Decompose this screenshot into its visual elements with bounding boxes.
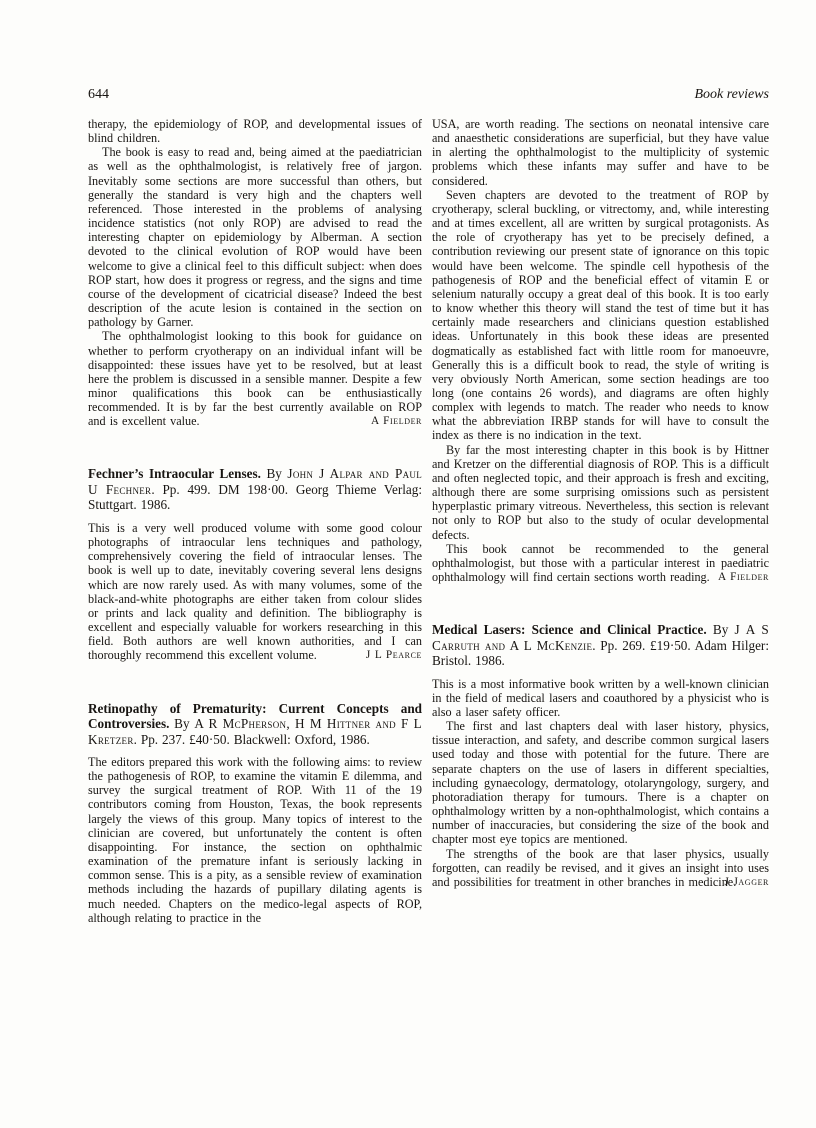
running-head: Book reviews bbox=[694, 87, 769, 102]
reviewer-signature: J Jagger bbox=[710, 875, 769, 889]
book-imprint: . Pp. 237. £40·50. Blackwell: Oxford, 19… bbox=[134, 732, 370, 747]
review-paragraph: USA, are worth reading. The sections on … bbox=[432, 117, 769, 188]
review-medical-lasers: Medical Lasers: Science and Clinical Pra… bbox=[432, 622, 769, 889]
review-paragraph: This is a very well produced volume with… bbox=[88, 521, 422, 663]
review-paragraph: The ophthalmologist looking to this book… bbox=[88, 329, 422, 428]
review-paragraph: therapy, the epidemiology of ROP, and de… bbox=[88, 117, 422, 145]
review-continuation-rop-book: therapy, the epidemiology of ROP, and de… bbox=[88, 117, 422, 428]
page-number: 644 bbox=[88, 87, 109, 102]
review-paragraph: The editors prepared this work with the … bbox=[88, 755, 422, 925]
book-title: Medical Lasers: Science and Clinical Pra… bbox=[432, 622, 707, 637]
two-column-layout: therapy, the epidemiology of ROP, and de… bbox=[88, 117, 769, 925]
review-retinopathy-continuation: USA, are worth reading. The sections on … bbox=[432, 117, 769, 584]
review-fechner-intraocular-lenses: Fechner’s Intraocular Lenses. By John J … bbox=[88, 466, 422, 662]
review-paragraph: This is a most informative book written … bbox=[432, 677, 769, 719]
left-column: therapy, the epidemiology of ROP, and de… bbox=[88, 117, 422, 925]
review-heading: Medical Lasers: Science and Clinical Pra… bbox=[432, 622, 769, 669]
review-paragraph: By far the most interesting chapter in t… bbox=[432, 443, 769, 542]
reviewer-signature: J L Pearce bbox=[366, 648, 422, 662]
journal-page: 644 Book reviews therapy, the epidemiolo… bbox=[0, 0, 816, 1128]
review-retinopathy-of-prematurity: Retinopathy of Prematurity: Current Conc… bbox=[88, 701, 422, 925]
reviewer-signature: A Fielder bbox=[357, 414, 422, 428]
review-paragraph: This book cannot be recommended to the g… bbox=[432, 542, 769, 584]
review-heading: Retinopathy of Prematurity: Current Conc… bbox=[88, 701, 422, 748]
review-heading: Fechner’s Intraocular Lenses. By John J … bbox=[88, 466, 422, 513]
review-paragraph: The book is easy to read and, being aime… bbox=[88, 145, 422, 329]
byline-prefix: By bbox=[707, 622, 735, 637]
book-title: Fechner’s Intraocular Lenses. bbox=[88, 466, 261, 481]
right-column: USA, are worth reading. The sections on … bbox=[432, 117, 769, 925]
review-paragraph: The first and last chapters deal with la… bbox=[432, 719, 769, 846]
reviewer-signature: A Fielder bbox=[704, 570, 769, 584]
page-header: 644 Book reviews bbox=[88, 87, 769, 102]
byline-prefix: By bbox=[261, 466, 288, 481]
review-paragraph: The strengths of the book are that laser… bbox=[432, 847, 769, 889]
byline-prefix: By bbox=[169, 716, 194, 731]
review-paragraph: Seven chapters are devoted to the treatm… bbox=[432, 188, 769, 443]
paragraph-text: This is a very well produced volume with… bbox=[88, 521, 422, 662]
